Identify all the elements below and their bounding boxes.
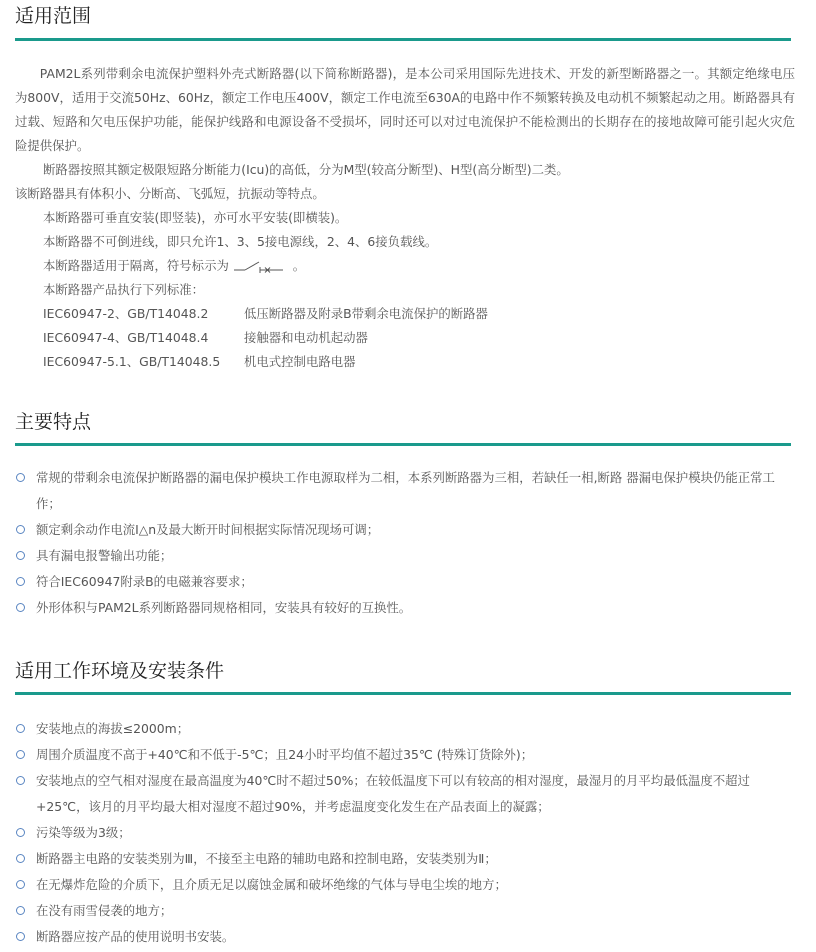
hollow-circle-icon [16, 525, 25, 534]
scope-classification-line: 断路器按照其额定极限短路分断能力(Icu)的高低，分为M型(较高分断型)、H型(… [43, 158, 569, 182]
list-item: 断路器应按产品的使用说明书安装。 [15, 924, 795, 950]
hollow-circle-icon [16, 551, 25, 560]
list-item-text: 污染等级为3级； [36, 825, 131, 840]
scope-mounting-line: 本断路器可垂直安装(即竖装)，亦可水平安装(即横装)。 [43, 206, 347, 230]
hollow-circle-icon [16, 724, 25, 733]
list-item-text: 外形体积与PAM2L系列断路器同规格相同，安装具有较好的互换性。 [36, 600, 411, 615]
section-divider-scope [15, 38, 791, 41]
scope-features-line: 该断路器具有体积小、分断高、飞弧短，抗振动等特点。 [15, 182, 325, 206]
hollow-circle-icon [16, 577, 25, 586]
hollow-circle-icon [16, 473, 25, 482]
standard-code: IEC60947-2、GB/T14048.2 [43, 302, 244, 326]
list-item: 外形体积与PAM2L系列断路器同规格相同，安装具有较好的互换性。 [15, 595, 795, 621]
section-title-main-features: 主要特点 [15, 410, 91, 434]
list-item-text: 断路器主电路的安装类别为Ⅲ，不接至主电路的辅助电路和控制电路，安装类别为Ⅱ； [36, 851, 497, 866]
isolation-line-suffix: 。 [293, 258, 305, 273]
list-item: 在没有雨雪侵袭的地方； [15, 898, 795, 924]
hollow-circle-icon [16, 880, 25, 889]
section-title-scope: 适用范围 [15, 4, 91, 28]
hollow-circle-icon [16, 776, 25, 785]
list-item-text: 在无爆炸危险的介质下，且介质无足以腐蚀金属和破坏绝缘的气体与导电尘埃的地方； [36, 877, 507, 892]
hollow-circle-icon [16, 854, 25, 863]
list-item: 安装地点的海拔≤2000m； [15, 716, 795, 742]
hollow-circle-icon [16, 932, 25, 941]
list-item: 断路器主电路的安装类别为Ⅲ，不接至主电路的辅助电路和控制电路，安装类别为Ⅱ； [15, 846, 795, 872]
isolation-line-prefix: 本断路器适用于隔离，符号标示为 [43, 258, 229, 273]
list-item: 周围介质温度不高于+40℃和不低于-5℃；且24小时平均值不超过35℃ (特殊订… [15, 742, 795, 768]
environment-list: 安装地点的海拔≤2000m； 周围介质温度不高于+40℃和不低于-5℃；且24小… [15, 716, 795, 950]
standard-name: 低压断路器及附录B带剩余电流保护的断路器 [244, 306, 488, 321]
standard-name: 接触器和电动机起动器 [244, 330, 368, 345]
list-item: 在无爆炸危险的介质下，且介质无足以腐蚀金属和破坏绝缘的气体与导电尘埃的地方； [15, 872, 795, 898]
standard-name: 机电式控制电路电器 [244, 354, 356, 369]
list-item-text: 周围介质温度不高于+40℃和不低于-5℃；且24小时平均值不超过35℃ (特殊订… [36, 747, 533, 762]
main-features-list: 常规的带剩余电流保护断路器的漏电保护模块工作电源取样为二相，本系列断路器为三相，… [15, 465, 795, 621]
section-divider-environment [15, 692, 791, 695]
list-item-text: 安装地点的空气相对湿度在最高温度为40℃时不超过50%；在较低温度下可以有较高的… [36, 773, 750, 814]
hollow-circle-icon [16, 828, 25, 837]
list-item: 安装地点的空气相对湿度在最高温度为40℃时不超过50%；在较低温度下可以有较高的… [15, 768, 795, 820]
scope-intro-paragraph: PAM2L系列带剩余电流保护塑料外壳式断路器(以下简称断路器)，是本公司采用国际… [15, 62, 795, 158]
section-title-environment: 适用工作环境及安装条件 [15, 659, 224, 683]
hollow-circle-icon [16, 603, 25, 612]
scope-isolation-line: 本断路器适用于隔离，符号标示为 。 [43, 254, 305, 278]
list-item-text: 额定剩余动作电流I△n及最大断开时间根据实际情况现场可调； [36, 522, 379, 537]
list-item-text: 安装地点的海拔≤2000m； [36, 721, 189, 736]
standard-row: IEC60947-5.1、GB/T14048.5机电式控制电路电器 [43, 350, 356, 374]
list-item-text: 符合IEC60947附录B的电磁兼容要求； [36, 574, 253, 589]
section-divider-main-features [15, 443, 791, 446]
hollow-circle-icon [16, 906, 25, 915]
list-item-text: 常规的带剩余电流保护断路器的漏电保护模块工作电源取样为二相，本系列断路器为三相，… [36, 470, 775, 511]
list-item-text: 在没有雨雪侵袭的地方； [36, 903, 172, 918]
standards-intro: 本断路器产品执行下列标准： [43, 278, 204, 302]
list-item-text: 具有漏电报警输出功能； [36, 548, 172, 563]
list-item: 符合IEC60947附录B的电磁兼容要求； [15, 569, 795, 595]
scope-wiring-line: 本断路器不可倒进线，即只允许1、3、5接电源线，2、4、6接负载线。 [43, 230, 437, 254]
list-item-text: 断路器应按产品的使用说明书安装。 [36, 929, 234, 944]
list-item: 具有漏电报警输出功能； [15, 543, 795, 569]
standard-code: IEC60947-4、GB/T14048.4 [43, 326, 244, 350]
isolating-switch-symbol-icon [233, 260, 289, 274]
standard-code: IEC60947-5.1、GB/T14048.5 [43, 350, 244, 374]
standard-row: IEC60947-4、GB/T14048.4接触器和电动机起动器 [43, 326, 368, 350]
hollow-circle-icon [16, 750, 25, 759]
list-item: 额定剩余动作电流I△n及最大断开时间根据实际情况现场可调； [15, 517, 795, 543]
standard-row: IEC60947-2、GB/T14048.2低压断路器及附录B带剩余电流保护的断… [43, 302, 488, 326]
list-item: 常规的带剩余电流保护断路器的漏电保护模块工作电源取样为二相，本系列断路器为三相，… [15, 465, 795, 517]
list-item: 污染等级为3级； [15, 820, 795, 846]
